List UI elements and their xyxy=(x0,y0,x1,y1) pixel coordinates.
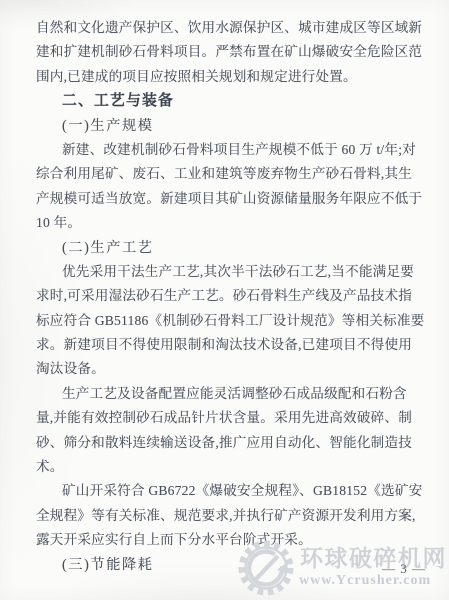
text-line: 矿山开采符合 GB6722《爆破安全规程》、GB18152《选矿安 xyxy=(36,479,424,503)
text-line: 全规程》等有关标准、规范要求,并执行矿产资源开发利用方案, xyxy=(36,504,424,528)
text-line: 10 年。 xyxy=(36,211,424,235)
section-heading: 二、工艺与装备 xyxy=(36,89,424,113)
subsection-heading: (二)生产工艺 xyxy=(36,236,424,260)
text-line: 标应符合 GB51186《机制砂石骨料工厂设计规范》等相关标准要 xyxy=(36,309,424,333)
text-line: 淘汰设备。 xyxy=(36,357,424,381)
scanned-document-page: 自然和文化遗产保护区、饮用水源保护区、城市建成区等区域新建和扩建机制砂石骨料项目… xyxy=(0,0,449,600)
text-line: 求。新建项目不得使用限制和淘汰技术设备,已建项目不得使用 xyxy=(36,333,424,357)
text-line: 求时,可采用湿法砂石生产工艺。砂石骨料生产线及产品技术指 xyxy=(36,284,424,308)
subsection-heading: (一)生产规模 xyxy=(36,114,424,138)
text-line: 围内,已建成的项目应按照相关规划和规定进行处置。 xyxy=(36,65,424,89)
text-line: 建和扩建机制砂石骨料项目。严禁布置在矿山爆破安全危险区范 xyxy=(36,40,424,64)
text-line: 综合利用尾矿、废石、工业和建筑等废弃物生产砂石骨料,其生 xyxy=(36,162,424,186)
text-line: 量,并能有效控制砂石成品针片状含量。采用先进高效破碎、制 xyxy=(36,406,424,430)
text-line: 露天开采应实行自上而下分水平台阶式开采。 xyxy=(36,528,424,552)
document-lines: 自然和文化遗产保护区、饮用水源保护区、城市建成区等区域新建和扩建机制砂石骨料项目… xyxy=(36,16,424,577)
text-line: 产规模可适当放宽。新建项目其矿山资源储量服务年限应不低于 xyxy=(36,187,424,211)
text-line: 砂、筛分和散料连续输送设备,推广应用自动化、智能化制造技 xyxy=(36,431,424,455)
text-line: 术。 xyxy=(36,455,424,479)
text-line: 自然和文化遗产保护区、饮用水源保护区、城市建成区等区域新 xyxy=(36,16,424,40)
text-line: 生产工艺及设备配置应能灵活调整砂石成品级配和石粉含 xyxy=(36,382,424,406)
text-line: 新建、改建机制砂石骨料项目生产规模不低于 60 万 t/年;对 xyxy=(36,138,424,162)
text-line: 优先采用干法生产工艺,其次半干法砂石工艺,当不能满足要 xyxy=(36,260,424,284)
page-number: — 3 — xyxy=(368,561,440,577)
subsection-heading: (三)节能降耗 xyxy=(36,553,424,577)
